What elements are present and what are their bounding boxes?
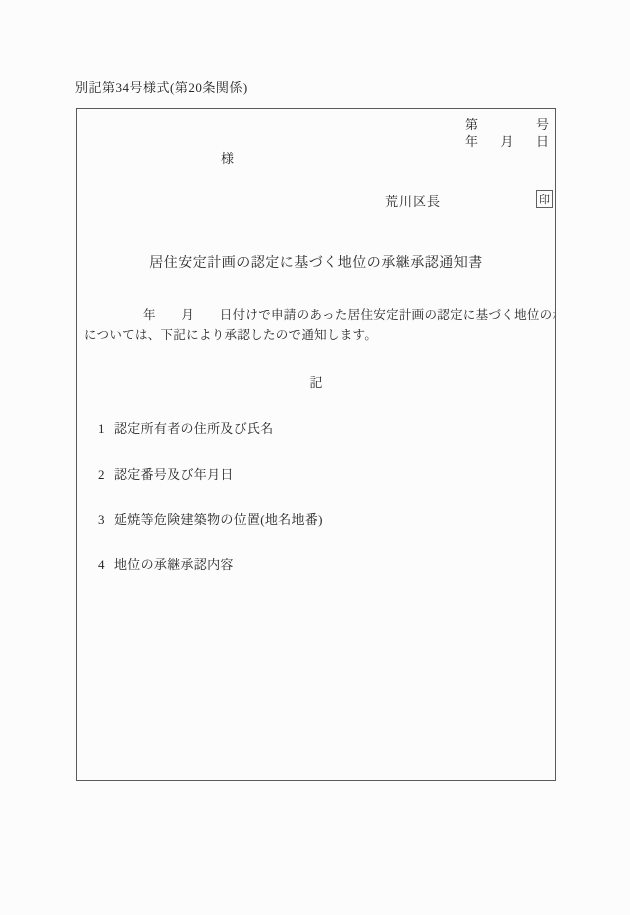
- document-title: 居住安定計画の認定に基づく地位の承継承認通知書: [77, 252, 555, 272]
- list-item: 1認定所有者の住所及び氏名: [98, 418, 274, 437]
- doc-number-suffix: 号: [536, 116, 549, 133]
- body-line-2: については、下記により承認したので通知します。: [84, 325, 377, 345]
- item-label: 地位の承継承認内容: [114, 557, 234, 572]
- issuer-title: 荒川区長: [385, 191, 441, 210]
- addressee-honorific: 様: [221, 148, 234, 167]
- list-item: 3延焼等危険建築物の位置(地名地番): [98, 509, 323, 528]
- document-frame: 第 号 年 月 日 様 荒川区長 印 居住安定計画の認定に基づく地位の承継承認通…: [76, 108, 556, 781]
- date-day-label: 日: [536, 133, 549, 150]
- date-month-label: 月: [500, 133, 513, 150]
- item-number: 4: [98, 557, 114, 573]
- item-number: 2: [98, 467, 114, 483]
- item-label: 認定所有者の住所及び氏名: [114, 421, 274, 436]
- seal-label: 印: [539, 191, 550, 207]
- seal-box: 印: [536, 190, 553, 208]
- body-line-1: 年 月 日付けで申請のあった居住安定計画の認定に基づく地位の承継: [143, 305, 556, 325]
- document-page: { "page": { "form_label": "別記第34号様式(第20条…: [0, 0, 630, 915]
- doc-number-line: 第 号: [465, 116, 549, 133]
- date-year-label: 年: [465, 133, 478, 150]
- item-number: 3: [98, 512, 114, 528]
- section-marker: 記: [77, 372, 555, 391]
- item-label: 延焼等危険建築物の位置(地名地番): [114, 512, 323, 527]
- doc-number-prefix: 第: [465, 116, 478, 133]
- list-item: 4地位の承継承認内容: [98, 554, 234, 573]
- item-label: 認定番号及び年月日: [114, 467, 234, 482]
- form-label: 別記第34号様式(第20条関係): [75, 77, 248, 96]
- list-item: 2認定番号及び年月日: [98, 464, 234, 483]
- doc-number-block: 第 号 年 月 日: [465, 116, 549, 150]
- date-line: 年 月 日: [465, 133, 549, 150]
- item-number: 1: [98, 421, 114, 437]
